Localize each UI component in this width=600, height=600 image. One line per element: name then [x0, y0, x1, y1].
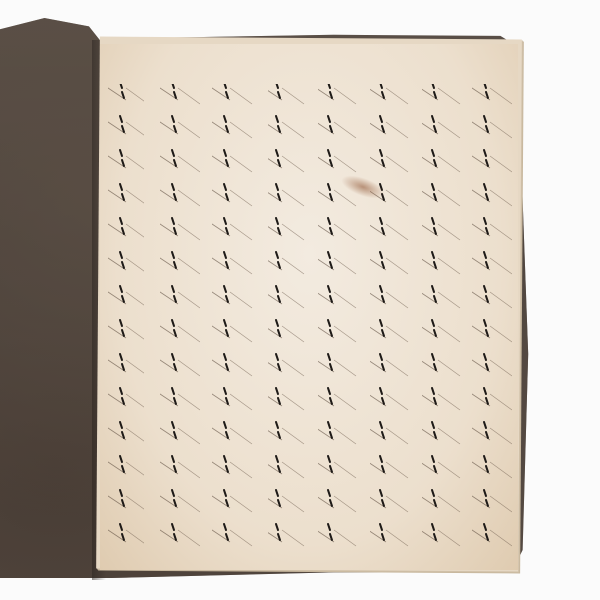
image-caption: Cursive penmanship practice page, writte… — [0, 0, 1, 1]
paper-page — [100, 44, 518, 570]
handwriting-strokes — [100, 44, 518, 570]
copybook-photo: Cursive penmanship practice page, writte… — [0, 0, 600, 600]
